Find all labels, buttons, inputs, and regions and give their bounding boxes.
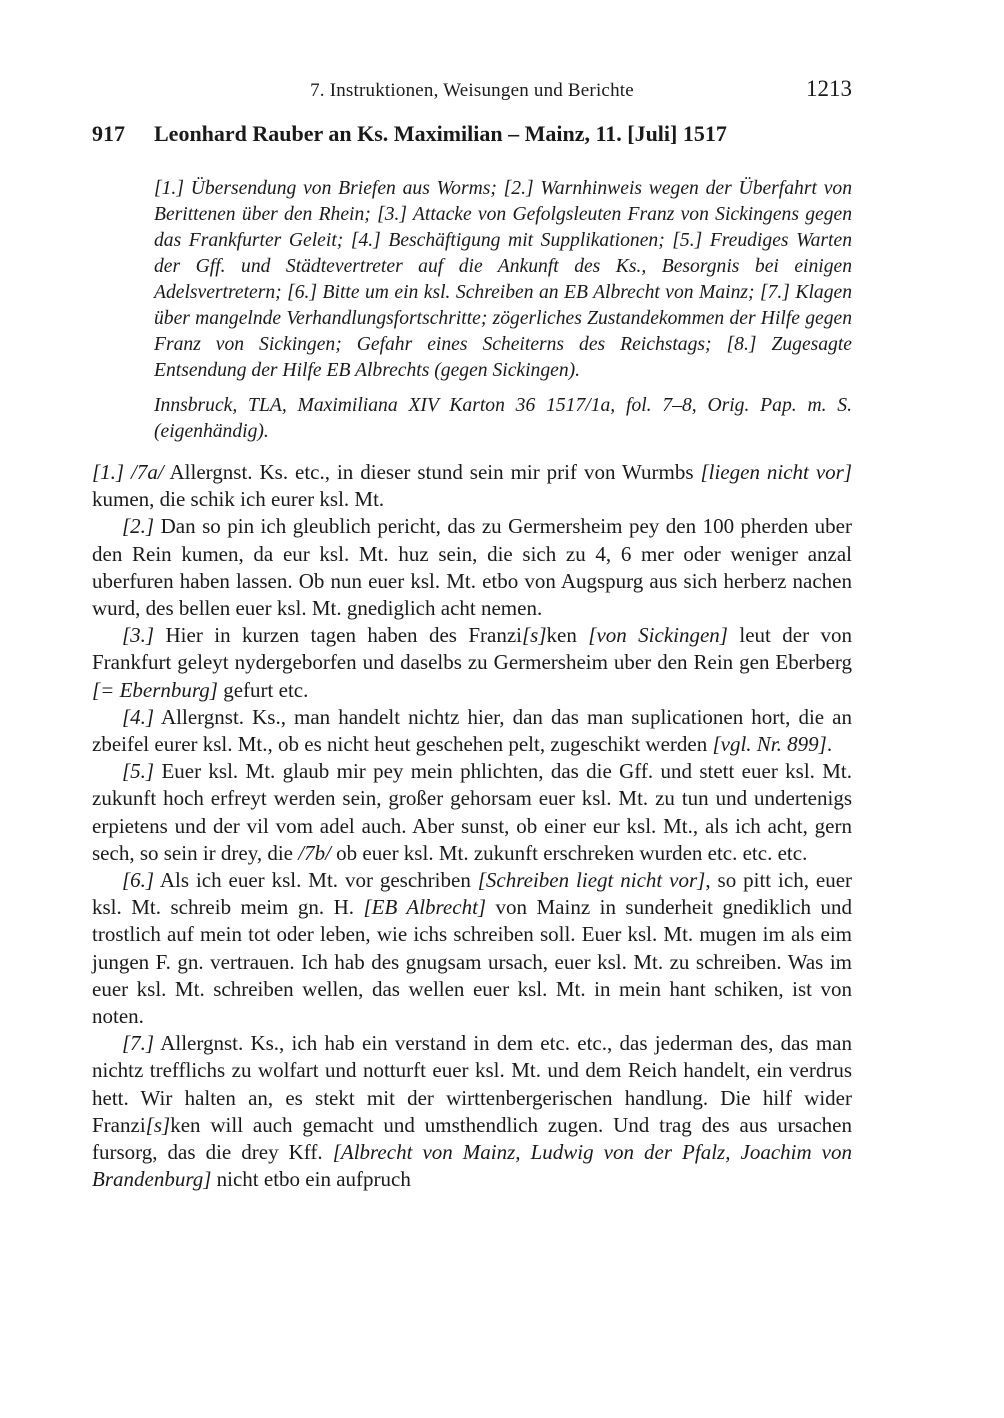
body-text-run: kumen, die schik ich eurer ksl. Mt. (92, 487, 384, 511)
editorial-italic-text: [2.] (122, 514, 154, 538)
body-text-run: Dan so pin ich gleublich pericht, das zu… (92, 514, 852, 620)
editorial-italic-text: [7.] (122, 1031, 154, 1055)
summary-abstract: [1.] Übersendung von Briefen aus Worms; … (154, 176, 852, 384)
archival-source: Innsbruck, TLA, Maximiliana XIV Karton 3… (154, 393, 852, 445)
body-text-run: ken (547, 623, 589, 647)
body-text-run: . (827, 732, 832, 756)
editorial-italic-text: [Schreiben liegt nicht vor] (478, 868, 706, 892)
body-text-run: ob euer ksl. Mt. zukunft erschreken wurd… (331, 841, 807, 865)
entry-heading: 917 Leonhard Rauber an Ks. Maximilian – … (92, 120, 852, 147)
editorial-italic-text: [s] (522, 623, 547, 647)
body-text-run: Allergnst. Ks. etc., in dieser stund sei… (164, 460, 701, 484)
editorial-italic-text: [6.] (122, 868, 154, 892)
body-text-run: Als ich euer ksl. Mt. vor geschriben (154, 868, 478, 892)
entry-number: 917 (92, 120, 154, 147)
body-text-run: gefurt etc. (218, 678, 308, 702)
body-text-run: nicht etbo ein aufpruch (211, 1167, 410, 1191)
editorial-italic-text: [liegen nicht vor] (700, 460, 852, 484)
editorial-italic-text: [3.] (122, 623, 154, 647)
editorial-italic-text: [4.] (122, 705, 154, 729)
page-number: 1213 (806, 76, 852, 102)
entry-title: Leonhard Rauber an Ks. Maximilian – Main… (154, 120, 852, 147)
editorial-italic-text: [EB Albrecht] (363, 895, 486, 919)
editorial-italic-text: [= Ebernburg] (92, 678, 218, 702)
letter-body: [1.] /7a/ Allergnst. Ks. etc., in dieser… (92, 459, 852, 1193)
editorial-italic-text: [von Sickingen] (588, 623, 728, 647)
running-header: 7. Instruktionen, Weisungen und Berichte… (92, 80, 852, 110)
body-paragraph: [7.] Allergnst. Ks., ich hab ein verstan… (92, 1030, 852, 1193)
editorial-italic-text: [5.] (122, 759, 154, 783)
body-paragraph: [5.] Euer ksl. Mt. glaub mir pey mein ph… (92, 758, 852, 867)
body-paragraph: [6.] Als ich euer ksl. Mt. vor geschribe… (92, 867, 852, 1030)
editorial-italic-text: [vgl. Nr. 899] (712, 732, 826, 756)
running-header-title: 7. Instruktionen, Weisungen und Berichte (92, 80, 852, 102)
body-paragraph: [3.] Hier in kurzen tagen haben des Fran… (92, 622, 852, 704)
body-paragraph: [4.] Allergnst. Ks., man handelt nichtz … (92, 704, 852, 758)
editorial-italic-text: /7b/ (298, 841, 331, 865)
book-page: 7. Instruktionen, Weisungen und Berichte… (0, 0, 1004, 1418)
body-paragraph: [2.] Dan so pin ich gleublich pericht, d… (92, 513, 852, 622)
body-text-run: Hier in kurzen tagen haben des Franzi (154, 623, 522, 647)
editorial-italic-text: [1.] /7a/ (92, 460, 164, 484)
body-paragraph: [1.] /7a/ Allergnst. Ks. etc., in dieser… (92, 459, 852, 513)
editorial-italic-text: [s] (146, 1113, 171, 1137)
